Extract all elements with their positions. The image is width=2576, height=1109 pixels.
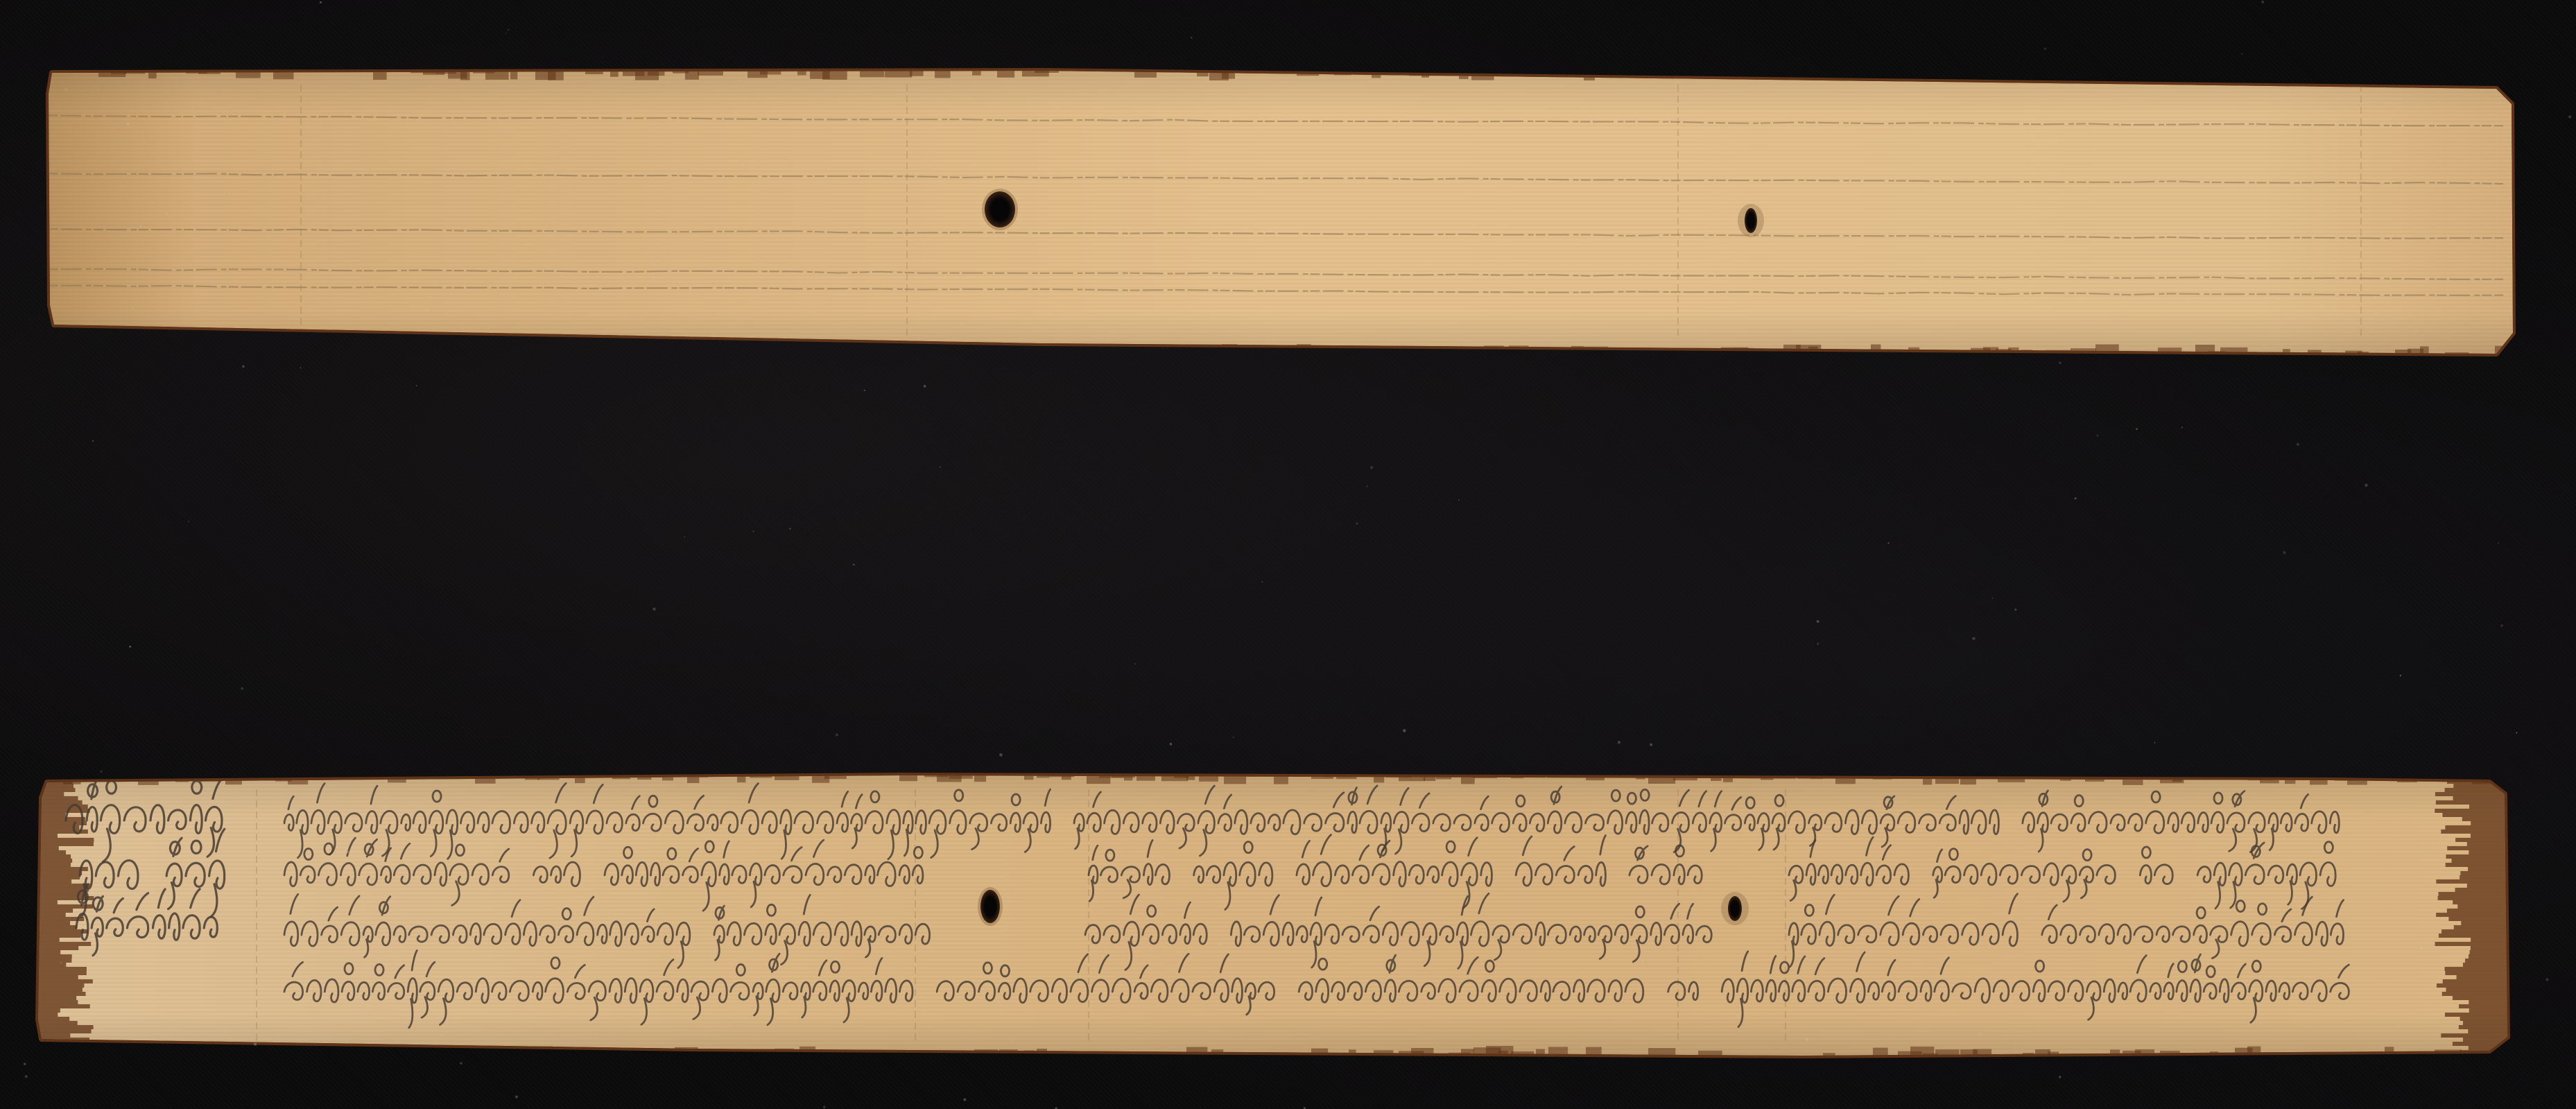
dust-speck: [525, 243, 527, 245]
dust-speck: [2039, 121, 2041, 123]
dust-speck: [426, 308, 429, 311]
binding-hole-right-icon: [1745, 208, 1757, 233]
dust-speck: [241, 687, 243, 690]
dust-speck: [2410, 325, 2412, 327]
dust-speck: [105, 968, 108, 971]
dust-speck: [2154, 742, 2155, 743]
dust-speck: [515, 1095, 518, 1098]
dust-speck: [974, 975, 975, 977]
dust-speck: [2297, 442, 2299, 445]
dust-speck: [823, 1106, 825, 1108]
dust-speck: [2331, 306, 2333, 308]
dust-speck: [1463, 217, 1466, 220]
dust-speck: [2545, 978, 2548, 981]
dust-speck: [1134, 663, 1136, 664]
dust-speck: [742, 164, 744, 166]
dust-speck: [169, 854, 172, 857]
dust-speck: [188, 521, 189, 522]
dust-speck: [127, 123, 130, 126]
dust-speck: [1577, 974, 1580, 977]
dust-speck: [2516, 732, 2517, 733]
dust-speck: [2432, 844, 2434, 845]
dust-speck: [408, 812, 409, 814]
dust-speck: [2466, 1011, 2469, 1013]
dust-speck: [1356, 522, 1358, 524]
dust-speck: [1308, 277, 1311, 280]
binding-hole-right-icon: [1728, 896, 1742, 921]
dust-speck: [429, 295, 431, 298]
dust-speck: [1909, 868, 1911, 870]
dust-speck: [2406, 107, 2408, 108]
dust-speck: [1233, 737, 1234, 738]
dust-speck: [505, 33, 507, 34]
dust-speck: [752, 531, 754, 532]
dust-speck: [132, 992, 134, 994]
dust-speck: [684, 536, 686, 538]
dust-speck: [2283, 551, 2286, 554]
dust-speck: [924, 385, 926, 388]
dust-speck: [1170, 743, 1173, 746]
dust-speck: [1218, 943, 1221, 946]
dust-speck: [2133, 106, 2135, 108]
dust-speck: [1374, 242, 1376, 243]
dust-speck: [1796, 777, 1798, 780]
dust-speck: [1992, 598, 1994, 599]
dust-speck: [165, 212, 168, 215]
dust-speck: [467, 941, 471, 945]
dust-speck: [2420, 947, 2422, 949]
leaf-bottom: [35, 774, 2554, 1058]
dust-speck: [508, 29, 509, 31]
dust-speck: [1283, 116, 1286, 119]
dust-speck: [2306, 974, 2309, 978]
dust-speck: [2075, 497, 2077, 499]
dust-speck: [1261, 581, 1263, 583]
dust-speck: [956, 77, 958, 78]
dust-speck: [397, 977, 399, 979]
dust-speck: [1377, 210, 1380, 213]
dust-speck: [2500, 624, 2503, 627]
dust-speck: [129, 646, 131, 648]
dust-speck: [1690, 907, 1693, 911]
dust-speck: [1972, 637, 1975, 639]
dust-speck: [535, 184, 537, 185]
dust-speck: [2365, 483, 2367, 486]
dust-speck: [999, 753, 1003, 757]
dust-speck: [2102, 298, 2104, 300]
manuscript-scene: [0, 0, 2576, 1109]
dust-speck: [254, 1042, 257, 1045]
dust-speck: [789, 528, 791, 530]
dust-speck: [24, 1063, 26, 1065]
dust-speck: [764, 866, 766, 867]
dust-speck: [228, 191, 230, 194]
dust-speck: [1191, 37, 1192, 38]
dust-speck: [2181, 427, 2183, 428]
dust-speck: [1817, 620, 1819, 623]
dust-speck: [242, 365, 245, 368]
dust-speck: [964, 1099, 967, 1101]
dust-speck: [2331, 291, 2332, 293]
dust-speck: [92, 440, 94, 442]
dust-speck: [1137, 1006, 1139, 1008]
dust-speck: [1978, 1033, 1982, 1036]
dust-speck: [728, 1024, 730, 1026]
dust-speck: [1650, 743, 1652, 746]
dust-speck: [377, 114, 378, 116]
dust-speck: [652, 608, 655, 610]
binding-hole-left-icon: [985, 191, 1015, 227]
dust-speck: [1806, 1038, 1808, 1040]
dust-speck: [1757, 814, 1759, 816]
dust-speck: [2048, 1001, 2049, 1002]
dust-speck: [346, 851, 349, 854]
dust-speck: [2340, 1015, 2341, 1017]
dust-speck: [2059, 361, 2061, 364]
dust-speck: [1366, 485, 1368, 488]
dust-speck: [320, 805, 322, 807]
dust-speck: [1315, 980, 1317, 983]
dust-speck: [2261, 1, 2264, 3]
dust-speck: [100, 771, 103, 773]
dust-speck: [25, 1075, 28, 1078]
dust-speck: [139, 225, 142, 228]
dust-speck: [1618, 741, 1620, 743]
dust-speck: [60, 962, 62, 963]
dust-speck: [775, 287, 776, 289]
dust-speck: [2498, 542, 2499, 544]
binding-hole-left-icon: [980, 890, 1000, 923]
dust-speck: [1501, 266, 1502, 267]
dust-speck: [1887, 542, 1889, 544]
dust-speck: [300, 367, 302, 368]
dust-speck: [2097, 435, 2099, 437]
dust-speck: [1817, 643, 1819, 645]
dust-speck: [2422, 285, 2423, 286]
dust-speck: [1736, 1015, 1739, 1018]
dust-speck: [2136, 428, 2138, 430]
dust-speck: [1458, 499, 1460, 501]
dust-speck: [2059, 1076, 2061, 1078]
dust-speck: [1585, 240, 1588, 243]
dust-speck: [2400, 675, 2402, 677]
dust-speck: [853, 564, 855, 566]
dust-speck: [2241, 53, 2242, 55]
dust-speck: [2374, 296, 2377, 299]
dust-speck: [864, 390, 865, 391]
dust-speck: [2568, 116, 2571, 119]
leaf-top: [49, 69, 2513, 355]
dust-speck: [2000, 178, 2003, 181]
dust-speck: [320, 1, 322, 3]
dust-speck: [1121, 814, 1123, 816]
dust-speck: [1304, 163, 1305, 164]
dust-speck: [940, 466, 941, 467]
dust-speck: [2014, 609, 2016, 611]
dust-speck: [1983, 171, 1985, 173]
dust-speck: [2076, 282, 2079, 284]
dust-speck: [2083, 97, 2085, 99]
dust-speck: [569, 898, 571, 900]
dust-speck: [131, 307, 134, 309]
dust-speck: [64, 88, 67, 91]
dust-speck: [2152, 1001, 2153, 1002]
dust-speck: [687, 165, 690, 168]
dust-speck: [1642, 961, 1644, 963]
dust-speck: [1403, 729, 1406, 732]
dust-speck: [567, 811, 569, 814]
dust-speck: [460, 1062, 463, 1065]
dust-speck: [1370, 466, 1373, 469]
dust-speck: [1010, 1040, 1013, 1042]
dust-speck: [2043, 47, 2046, 50]
dust-speck: [416, 385, 417, 386]
dust-speck: [1546, 777, 1547, 778]
dust-speck: [836, 734, 838, 737]
dust-speck: [974, 163, 976, 164]
